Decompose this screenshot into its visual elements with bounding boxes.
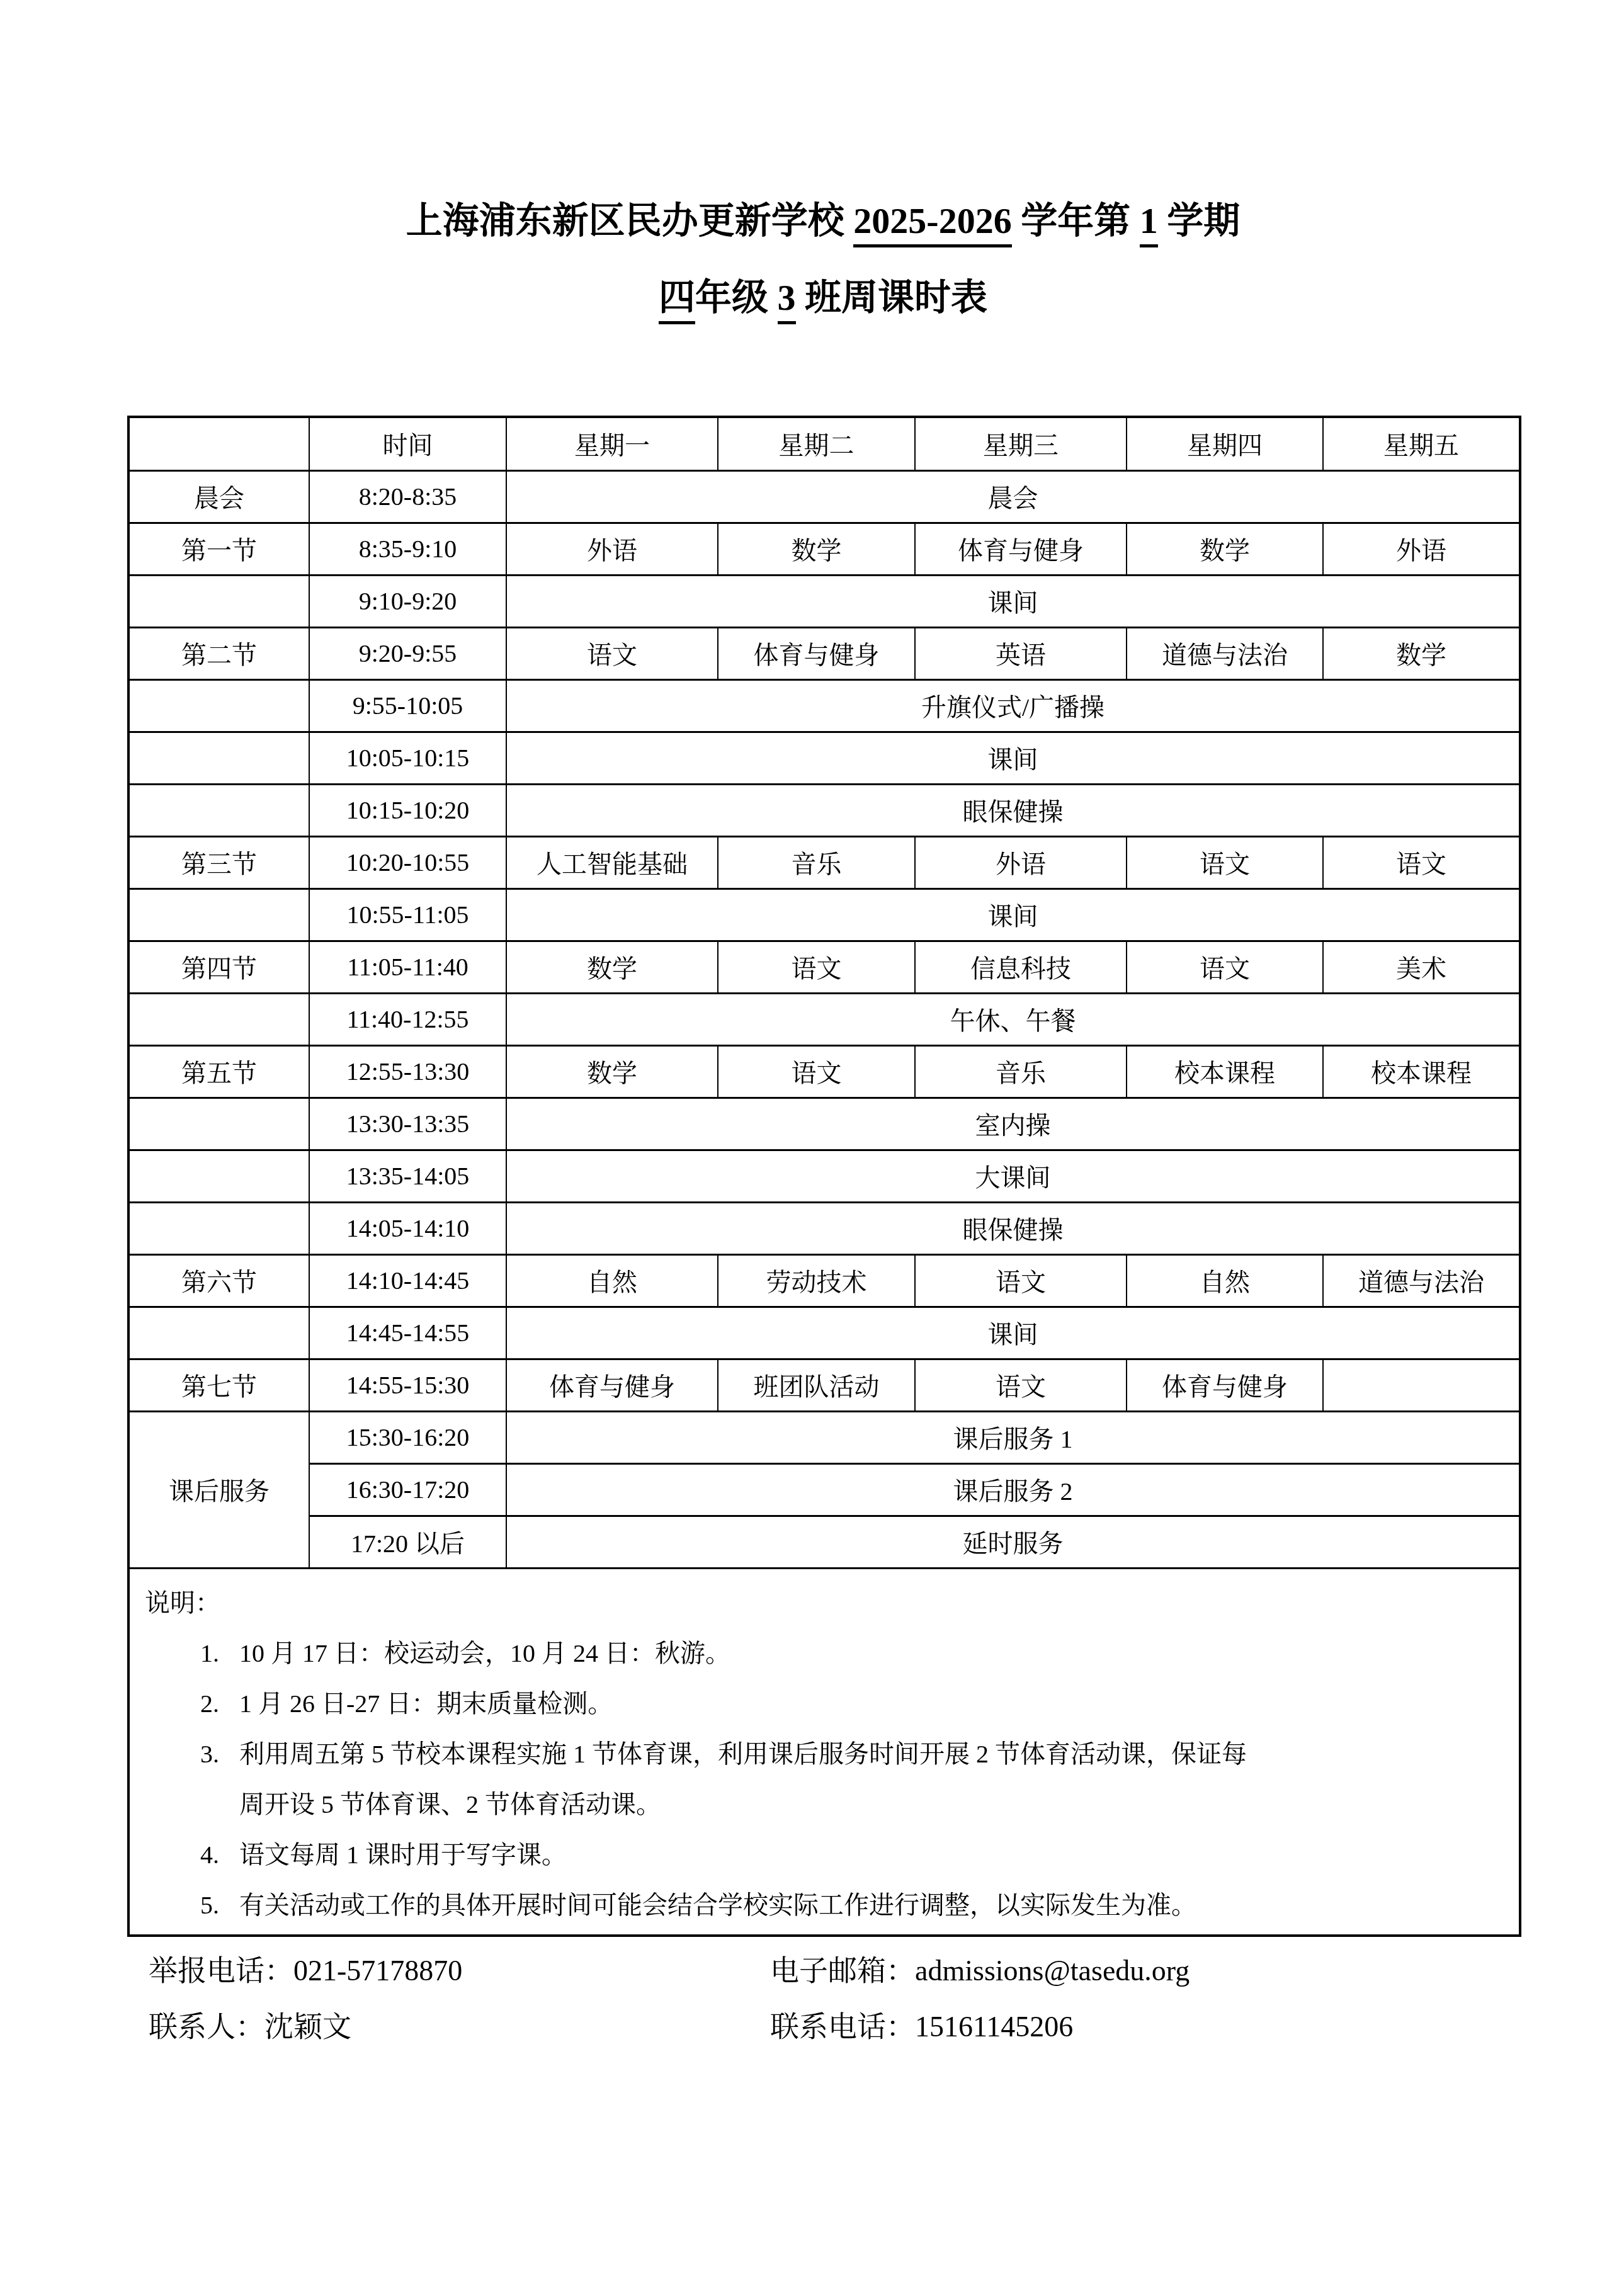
header-cell-empty xyxy=(128,417,309,470)
note-item-2: 2. 1 月 26 日-27 日：期末质量检测。 xyxy=(200,1679,1504,1729)
timetable-row: 第七节14:55-15:30体育与健身班团队活动语文体育与健身 xyxy=(128,1359,1520,1411)
period-label-cell: 晨会 xyxy=(128,470,309,523)
subject-cell: 信息科技 xyxy=(915,941,1127,993)
period-label-cell: 第五节 xyxy=(128,1045,309,1098)
title-mid-text: 学年第 xyxy=(1012,200,1140,241)
note-item-4: 4. 语文每周 1 课时用于写字课。 xyxy=(200,1830,1504,1880)
time-cell: 12:55-13:30 xyxy=(309,1045,506,1098)
timetable-row: 14:45-14:55课间 xyxy=(128,1307,1520,1359)
period-label-cell xyxy=(128,1098,309,1150)
page-title-line1: 上海浦东新区民办更新学校 2025-2026 学年第 1 学期 xyxy=(127,203,1519,239)
timetable-row: 第三节10:20-10:55人工智能基础音乐外语语文语文 xyxy=(128,836,1520,888)
time-cell: 10:55-11:05 xyxy=(309,888,506,941)
subject-cell: 语文 xyxy=(506,627,718,679)
merged-activity-cell: 课间 xyxy=(506,732,1520,784)
title-semester-number-underlined: 1 xyxy=(1140,200,1158,247)
note-text: 1 月 26 日-27 日：期末质量检测。 xyxy=(239,1679,1247,1729)
merged-activity-cell: 眼保健操 xyxy=(506,784,1520,836)
time-cell: 14:45-14:55 xyxy=(309,1307,506,1359)
timetable-header: 时间 星期一 星期二 星期三 星期四 星期五 xyxy=(128,417,1520,470)
note-number: 1. xyxy=(200,1628,239,1679)
time-cell: 13:30-13:35 xyxy=(309,1098,506,1150)
note-text: 语文每周 1 课时用于写字课。 xyxy=(239,1830,1247,1880)
subject-cell: 自然 xyxy=(506,1254,718,1307)
title-class-number-underlined: 3 xyxy=(778,277,796,324)
timetable-row: 第五节12:55-13:30数学语文音乐校本课程校本课程 xyxy=(128,1045,1520,1098)
subject-cell: 数学 xyxy=(718,523,915,575)
subject-cell: 语文 xyxy=(915,1254,1127,1307)
header-cell-friday: 星期五 xyxy=(1323,417,1520,470)
document-page: { "colors": { "text": "#000000", "backgr… xyxy=(0,0,1624,2287)
subject-cell: 数学 xyxy=(506,1045,718,1098)
merged-activity-cell: 大课间 xyxy=(506,1150,1520,1202)
period-label-cell xyxy=(128,1150,309,1202)
time-cell: 13:35-14:05 xyxy=(309,1150,506,1202)
timetable-row: 10:55-11:05课间 xyxy=(128,888,1520,941)
merged-activity-cell: 午休、午餐 xyxy=(506,993,1520,1045)
contact-person: 联系人：沈颖文 xyxy=(149,2009,770,2044)
title-school-name: 上海浦东新区民办更新学校 xyxy=(406,200,854,241)
timetable-row: 13:35-14:05大课间 xyxy=(128,1150,1520,1202)
page-title-line2: 四年级 3 班周课时表 xyxy=(127,280,1519,316)
merged-activity-cell: 课间 xyxy=(506,1307,1520,1359)
subject-cell: 数学 xyxy=(1127,523,1323,575)
note-text: 利用周五第 5 节校本课程实施 1 节体育课，利用课后服务时间开展 2 节体育活… xyxy=(239,1729,1247,1830)
time-cell: 11:05-11:40 xyxy=(309,941,506,993)
contact-phone: 联系电话：15161145206 xyxy=(770,2009,1073,2044)
subject-cell: 外语 xyxy=(506,523,718,575)
merged-activity-cell: 课后服务 2 xyxy=(506,1463,1520,1516)
subject-cell xyxy=(1323,1359,1520,1411)
subject-cell: 自然 xyxy=(1127,1254,1323,1307)
period-label-cell xyxy=(128,993,309,1045)
footer-row-1: 举报电话：021-57178870 电子邮箱：admissions@tasedu… xyxy=(149,1953,1519,1988)
time-cell: 15:30-16:20 xyxy=(309,1411,506,1463)
subject-cell: 体育与健身 xyxy=(1127,1359,1323,1411)
note-text: 有关活动或工作的具体开展时间可能会结合学校实际工作进行调整，以实际发生为准。 xyxy=(239,1880,1247,1931)
timetable-row: 10:15-10:20眼保健操 xyxy=(128,784,1520,836)
timetable-row: 第六节14:10-14:45自然劳动技术语文自然道德与法治 xyxy=(128,1254,1520,1307)
note-item-1: 1. 10 月 17 日：校运动会，10 月 24 日：秋游。 xyxy=(200,1628,1504,1679)
timetable-row: 第二节9:20-9:55语文体育与健身英语道德与法治数学 xyxy=(128,627,1520,679)
subject-cell: 英语 xyxy=(915,627,1127,679)
time-cell: 9:55-10:05 xyxy=(309,679,506,732)
period-label-cell: 第六节 xyxy=(128,1254,309,1307)
subject-cell: 语文 xyxy=(1127,836,1323,888)
note-number: 2. xyxy=(200,1679,239,1729)
time-cell: 9:10-9:20 xyxy=(309,575,506,627)
time-cell: 9:20-9:55 xyxy=(309,627,506,679)
timetable-row: 9:55-10:05升旗仪式/广播操 xyxy=(128,679,1520,732)
subject-cell: 道德与法治 xyxy=(1323,1254,1520,1307)
subject-cell: 校本课程 xyxy=(1127,1045,1323,1098)
period-label-cell: 课后服务 xyxy=(128,1411,309,1568)
header-cell-thursday: 星期四 xyxy=(1127,417,1323,470)
time-cell: 17:20 以后 xyxy=(309,1516,506,1568)
subject-cell: 语文 xyxy=(718,1045,915,1098)
notes-row: 说明： 1. 10 月 17 日：校运动会，10 月 24 日：秋游。 2. 1… xyxy=(128,1568,1520,1936)
merged-activity-cell: 延时服务 xyxy=(506,1516,1520,1568)
time-cell: 10:15-10:20 xyxy=(309,784,506,836)
subject-cell: 人工智能基础 xyxy=(506,836,718,888)
period-label-cell: 第四节 xyxy=(128,941,309,993)
merged-activity-cell: 眼保健操 xyxy=(506,1202,1520,1254)
contact-footer: 举报电话：021-57178870 电子邮箱：admissions@tasedu… xyxy=(127,1953,1519,2044)
subject-cell: 劳动技术 xyxy=(718,1254,915,1307)
subject-cell: 数学 xyxy=(1323,627,1520,679)
subject-cell: 校本课程 xyxy=(1323,1045,1520,1098)
header-row: 时间 星期一 星期二 星期三 星期四 星期五 xyxy=(128,417,1520,470)
timetable-row: 第四节11:05-11:40数学语文信息科技语文美术 xyxy=(128,941,1520,993)
header-cell-monday: 星期一 xyxy=(506,417,718,470)
header-cell-time: 时间 xyxy=(309,417,506,470)
subject-cell: 数学 xyxy=(506,941,718,993)
timetable-row: 晨会8:20-8:35晨会 xyxy=(128,470,1520,523)
time-cell: 8:20-8:35 xyxy=(309,470,506,523)
period-label-cell xyxy=(128,1307,309,1359)
header-cell-wednesday: 星期三 xyxy=(915,417,1127,470)
contact-email: 电子邮箱：admissions@tasedu.org xyxy=(770,1953,1190,1988)
subject-cell: 外语 xyxy=(1323,523,1520,575)
time-cell: 8:35-9:10 xyxy=(309,523,506,575)
time-cell: 14:05-14:10 xyxy=(309,1202,506,1254)
note-item-3: 3. 利用周五第 5 节校本课程实施 1 节体育课，利用课后服务时间开展 2 节… xyxy=(200,1729,1504,1830)
note-text: 10 月 17 日：校运动会，10 月 24 日：秋游。 xyxy=(239,1628,1247,1679)
timetable-body: 晨会8:20-8:35晨会第一节8:35-9:10外语数学体育与健身数学外语9:… xyxy=(128,470,1520,1568)
timetable-row: 17:20 以后延时服务 xyxy=(128,1516,1520,1568)
period-label-cell xyxy=(128,575,309,627)
period-label-cell xyxy=(128,679,309,732)
footer-row-2: 联系人：沈颖文 联系电话：15161145206 xyxy=(149,2009,1519,2044)
merged-activity-cell: 晨会 xyxy=(506,470,1520,523)
header-cell-tuesday: 星期二 xyxy=(718,417,915,470)
merged-activity-cell: 课间 xyxy=(506,888,1520,941)
timetable-row: 16:30-17:20课后服务 2 xyxy=(128,1463,1520,1516)
subject-cell: 体育与健身 xyxy=(915,523,1127,575)
subject-cell: 体育与健身 xyxy=(718,627,915,679)
weekly-timetable: 时间 星期一 星期二 星期三 星期四 星期五 晨会8:20-8:35晨会第一节8… xyxy=(127,416,1521,1937)
title-semester-suffix: 学期 xyxy=(1158,200,1241,241)
note-number: 4. xyxy=(200,1830,239,1880)
merged-activity-cell: 课间 xyxy=(506,575,1520,627)
note-number: 5. xyxy=(200,1880,239,1931)
subject-cell: 语文 xyxy=(1323,836,1520,888)
merged-activity-cell: 升旗仪式/广播操 xyxy=(506,679,1520,732)
timetable-row: 13:30-13:35室内操 xyxy=(128,1098,1520,1150)
subject-cell: 体育与健身 xyxy=(506,1359,718,1411)
document-content: 上海浦东新区民办更新学校 2025-2026 学年第 1 学期 四年级 3 班周… xyxy=(127,0,1519,2044)
period-label-cell: 第二节 xyxy=(128,627,309,679)
subject-cell: 班团队活动 xyxy=(718,1359,915,1411)
timetable-row: 第一节8:35-9:10外语数学体育与健身数学外语 xyxy=(128,523,1520,575)
title-school-year-underlined: 2025-2026 xyxy=(853,200,1011,247)
time-cell: 11:40-12:55 xyxy=(309,993,506,1045)
subject-cell: 道德与法治 xyxy=(1127,627,1323,679)
notes-heading: 说明： xyxy=(145,1578,1504,1628)
subject-cell: 语文 xyxy=(718,941,915,993)
report-phone: 举报电话：021-57178870 xyxy=(149,1953,770,1988)
period-label-cell: 第一节 xyxy=(128,523,309,575)
merged-activity-cell: 课后服务 1 xyxy=(506,1411,1520,1463)
merged-activity-cell: 室内操 xyxy=(506,1098,1520,1150)
period-label-cell: 第三节 xyxy=(128,836,309,888)
subject-cell: 外语 xyxy=(915,836,1127,888)
title-grade-suffix: 年级 xyxy=(695,277,778,318)
subject-cell: 美术 xyxy=(1323,941,1520,993)
time-cell: 10:20-10:55 xyxy=(309,836,506,888)
time-cell: 14:55-15:30 xyxy=(309,1359,506,1411)
subject-cell: 语文 xyxy=(1127,941,1323,993)
notes-cell: 说明： 1. 10 月 17 日：校运动会，10 月 24 日：秋游。 2. 1… xyxy=(128,1568,1520,1936)
time-cell: 16:30-17:20 xyxy=(309,1463,506,1516)
period-label-cell: 第七节 xyxy=(128,1359,309,1411)
note-number: 3. xyxy=(200,1729,239,1779)
subject-cell: 音乐 xyxy=(718,836,915,888)
timetable-notes-section: 说明： 1. 10 月 17 日：校运动会，10 月 24 日：秋游。 2. 1… xyxy=(128,1568,1520,1936)
timetable-row: 9:10-9:20课间 xyxy=(128,575,1520,627)
period-label-cell xyxy=(128,732,309,784)
timetable-row: 课后服务15:30-16:20课后服务 1 xyxy=(128,1411,1520,1463)
subject-cell: 语文 xyxy=(915,1359,1127,1411)
timetable-row: 14:05-14:10眼保健操 xyxy=(128,1202,1520,1254)
title-grade-underlined: 四 xyxy=(659,277,695,324)
time-cell: 14:10-14:45 xyxy=(309,1254,506,1307)
period-label-cell xyxy=(128,888,309,941)
time-cell: 10:05-10:15 xyxy=(309,732,506,784)
timetable-row: 11:40-12:55午休、午餐 xyxy=(128,993,1520,1045)
period-label-cell xyxy=(128,784,309,836)
title-table-name: 班周课时表 xyxy=(796,277,988,318)
timetable-row: 10:05-10:15课间 xyxy=(128,732,1520,784)
note-item-5: 5. 有关活动或工作的具体开展时间可能会结合学校实际工作进行调整，以实际发生为准… xyxy=(200,1880,1504,1931)
subject-cell: 音乐 xyxy=(915,1045,1127,1098)
period-label-cell xyxy=(128,1202,309,1254)
